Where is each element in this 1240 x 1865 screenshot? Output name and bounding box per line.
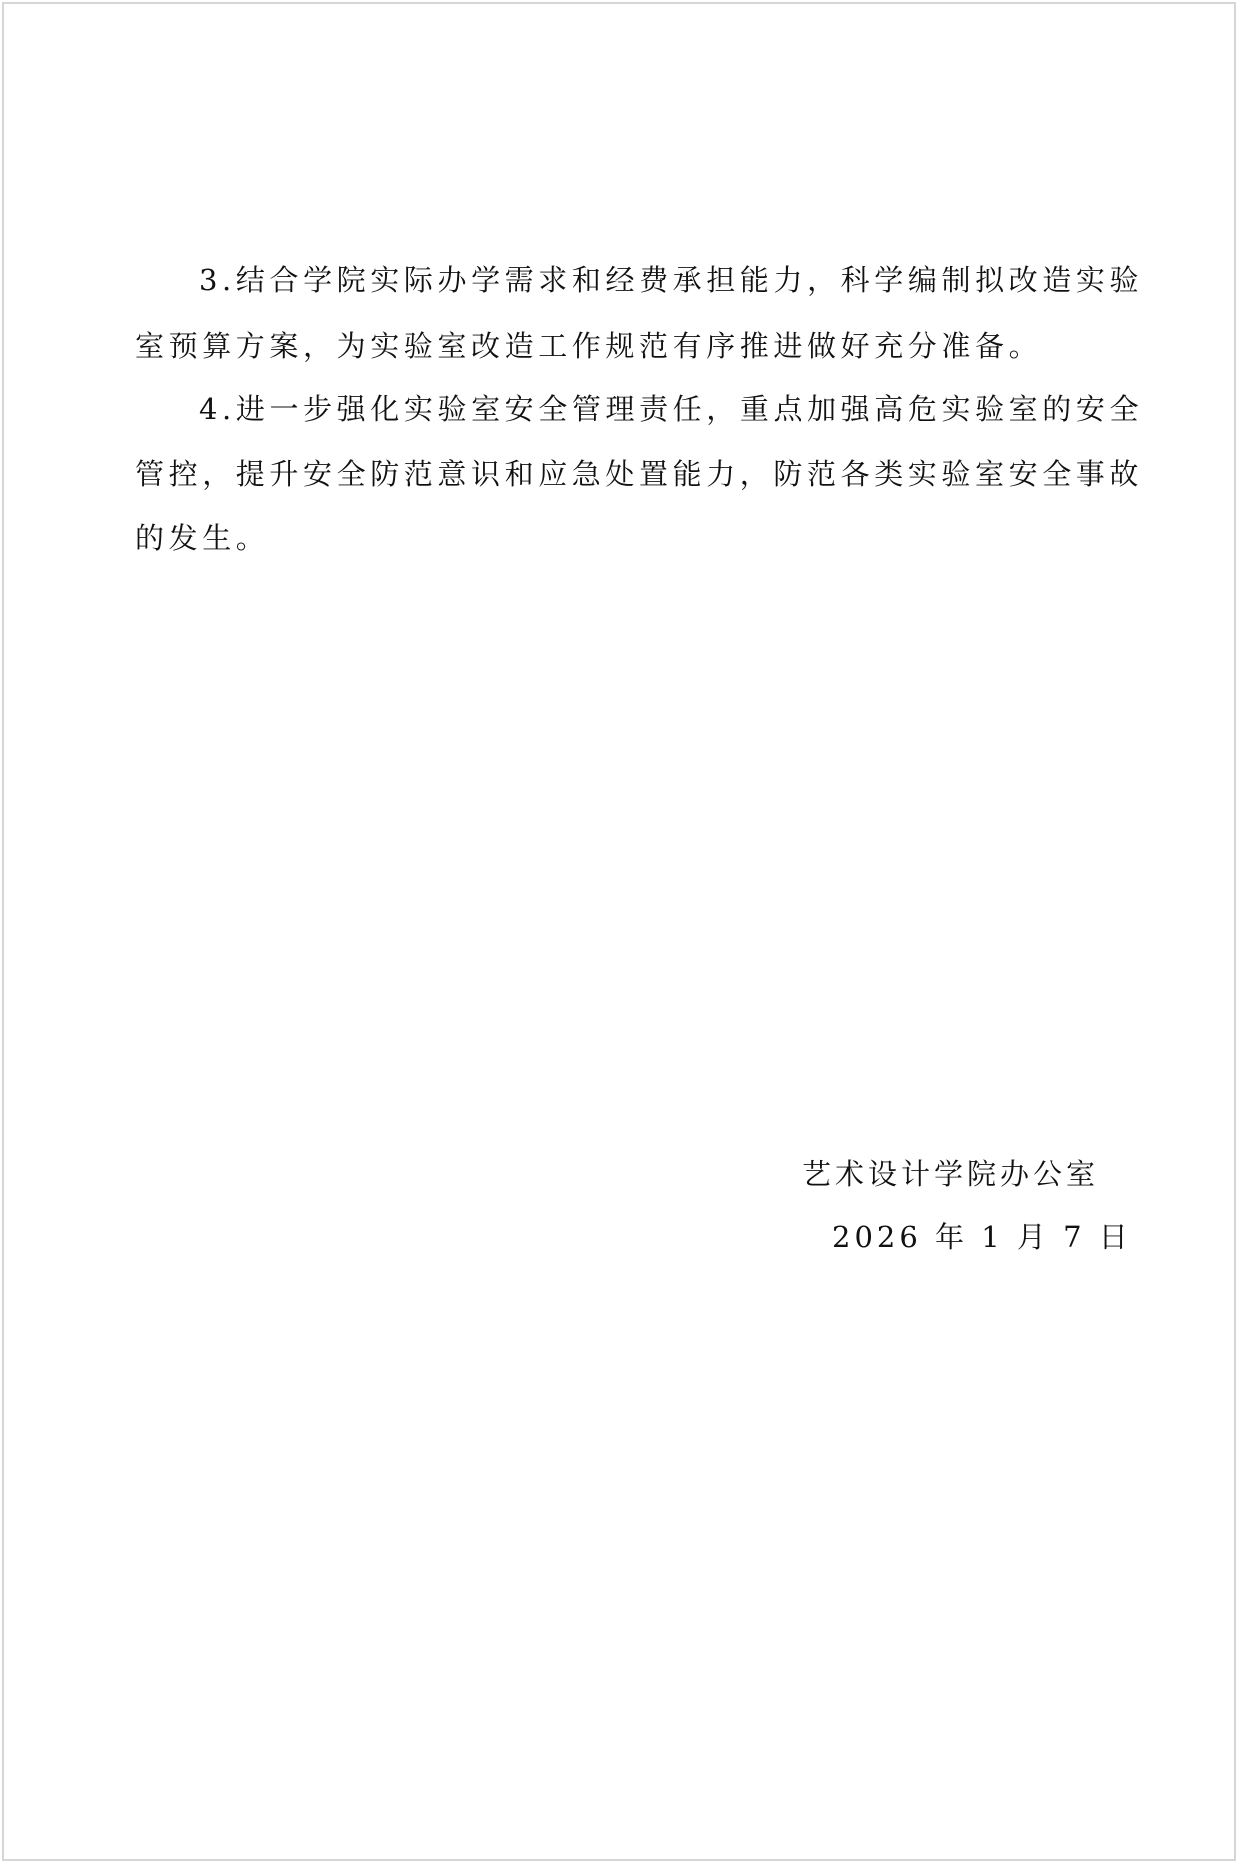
paragraph-3-line-2: 室预算方案，为实验室改造工作规范有序推进做好充分准备。 (135, 328, 1125, 364)
signature-organization: 艺术设计学院办公室 (802, 1156, 1099, 1192)
paragraph-4-line-1: 4.进一步强化实验室安全管理责任，重点加强高危实验室的安全 (199, 391, 1189, 427)
document-page: 3.结合学院实际办学需求和经费承担能力，科学编制拟改造实验 室预算方案，为实验室… (2, 2, 1236, 1861)
paragraph-4-line-2: 管控，提升安全防范意识和应急处置能力，防范各类实验室安全事故 (135, 456, 1125, 492)
signature-date: 2026 年 1 月 7 日 (832, 1219, 1132, 1255)
paragraph-3-line-1: 3.结合学院实际办学需求和经费承担能力，科学编制拟改造实验 (199, 262, 1189, 298)
paragraph-4-line-3: 的发生。 (135, 520, 1125, 556)
